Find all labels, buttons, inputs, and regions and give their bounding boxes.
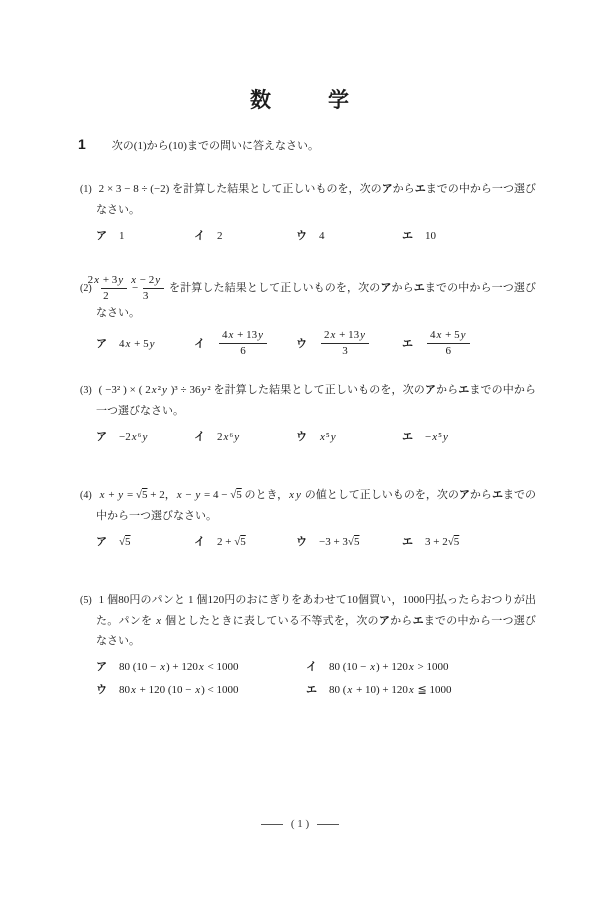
option-letter: ア bbox=[96, 334, 107, 354]
option-value: 1 bbox=[119, 226, 125, 246]
option: エ80 (x + 10) + 120x ≦ 1000 bbox=[306, 680, 536, 700]
fraction: 4x + 5y6 bbox=[427, 329, 470, 358]
option: ウ−3 + 3√5 bbox=[296, 532, 402, 552]
question: (4)x + y = √5 + 2，x − y = 4 − √5 のとき，xy … bbox=[80, 485, 536, 552]
question-body: (1)2 × 3 − 8 ÷ (−2) を計算した結果として正しいものを，次のア… bbox=[80, 179, 536, 220]
option-value: 80 (10 − x) + 120x < 1000 bbox=[119, 657, 239, 677]
option-value: 2x + 13y3 bbox=[319, 329, 371, 358]
option-value: 80 (10 − x) + 120x > 1000 bbox=[329, 657, 449, 677]
question: (5)1 個80円のパンと 1 個120円のおにぎりをあわせて10個買い，100… bbox=[80, 590, 536, 700]
question-label: (1) bbox=[80, 184, 92, 195]
fraction-denominator: 6 bbox=[427, 343, 470, 358]
option-value: x⁵y bbox=[319, 427, 337, 447]
option: ア√5 bbox=[96, 532, 194, 552]
option-letter: イ bbox=[194, 334, 205, 354]
fraction-numerator: 4x + 13y bbox=[219, 329, 267, 343]
option-letter: エ bbox=[402, 226, 413, 246]
question-label: (5) bbox=[80, 595, 92, 606]
question-body: (4)x + y = √5 + 2，x − y = 4 − √5 のとき，xy … bbox=[80, 485, 536, 526]
option-letter: ウ bbox=[96, 680, 107, 700]
options-grid: ア√5イ2 + √5ウ−3 + 3√5エ3 + 2√5 bbox=[96, 532, 536, 552]
options-grid: ア1イ2ウ4エ10 bbox=[96, 226, 536, 246]
fraction-numerator: x − 2y bbox=[143, 274, 164, 288]
option: イ2x⁶y bbox=[194, 427, 296, 447]
option-value: 4x + 13y6 bbox=[217, 329, 269, 358]
option: ウx⁵y bbox=[296, 427, 402, 447]
option: イ4x + 13y6 bbox=[194, 329, 296, 358]
option-letter: エ bbox=[306, 680, 317, 700]
options-grid: ア−2x⁶yイ2x⁶yウx⁵yエ−x⁵y bbox=[96, 427, 536, 447]
option: ア80 (10 − x) + 120x < 1000 bbox=[96, 657, 306, 677]
question-body: (3)( −3² ) × ( 2x²y )³ ÷ 36y² を計算した結果として… bbox=[80, 380, 536, 421]
option-value: 10 bbox=[425, 226, 436, 246]
option-letter: エ bbox=[402, 427, 413, 447]
option-letter: ア bbox=[96, 427, 107, 447]
option-value: 4 bbox=[319, 226, 325, 246]
option-value: −3 + 3√5 bbox=[319, 532, 359, 552]
option-letter: イ bbox=[306, 657, 317, 677]
title-char-right: 学 bbox=[328, 84, 350, 114]
option-value: −2x⁶y bbox=[119, 427, 148, 447]
question: (1)2 × 3 − 8 ÷ (−2) を計算した結果として正しいものを，次のア… bbox=[80, 179, 536, 246]
option-value: −x⁵y bbox=[425, 427, 449, 447]
option-letter: ウ bbox=[296, 427, 307, 447]
exam-page: 数学 1 次の(1)から(10)までの問いに答えなさい。 (1)2 × 3 − … bbox=[0, 0, 600, 900]
option-value: 3 + 2√5 bbox=[425, 532, 459, 552]
option-letter: ア bbox=[96, 657, 107, 677]
option-value: 4x + 5y bbox=[119, 334, 156, 354]
option: ア4x + 5y bbox=[96, 329, 194, 358]
option-letter: ア bbox=[96, 226, 107, 246]
fraction-numerator: 2x + 3y bbox=[101, 274, 128, 288]
option-letter: ウ bbox=[296, 226, 307, 246]
question-body: (5)1 個80円のパンと 1 個120円のおにぎりをあわせて10個買い，100… bbox=[80, 590, 536, 651]
fraction: x − 2y3 bbox=[143, 274, 164, 303]
page-number: ( 1 ) bbox=[291, 818, 309, 830]
options-grid: ア80 (10 − x) + 120x < 1000イ80 (10 − x) +… bbox=[96, 657, 536, 700]
option-value: 2 bbox=[217, 226, 223, 246]
option: イ80 (10 − x) + 120x > 1000 bbox=[306, 657, 536, 677]
question-text: x + y = √5 + 2，x − y = 4 − √5 のとき，xy の値と… bbox=[96, 489, 536, 522]
fraction-numerator: 2x + 13y bbox=[321, 329, 369, 343]
option-letter: ウ bbox=[296, 334, 307, 354]
option: エ3 + 2√5 bbox=[402, 532, 536, 552]
option: ウ2x + 13y3 bbox=[296, 329, 402, 358]
option: ウ80x + 120 (10 − x) < 1000 bbox=[96, 680, 306, 700]
option-value: √5 bbox=[119, 532, 131, 552]
footer-dash-right bbox=[317, 824, 339, 825]
option: ウ4 bbox=[296, 226, 402, 246]
option-value: 4x + 5y6 bbox=[425, 329, 472, 358]
question-list: (1)2 × 3 − 8 ÷ (−2) を計算した結果として正しいものを，次のア… bbox=[80, 179, 536, 700]
fraction-denominator: 2 bbox=[101, 288, 128, 303]
question-text: 1 個80円のパンと 1 個120円のおにぎりをあわせて10個買い，1000円払… bbox=[96, 594, 536, 647]
title-char-left: 数 bbox=[250, 84, 272, 114]
fraction: 2x + 13y3 bbox=[321, 329, 369, 358]
option-letter: エ bbox=[402, 532, 413, 552]
page-title: 数学 bbox=[0, 84, 600, 114]
section-number: 1 bbox=[78, 136, 86, 152]
option-letter: ウ bbox=[296, 532, 307, 552]
option: イ2 + √5 bbox=[194, 532, 296, 552]
option-value: 80 (x + 10) + 120x ≦ 1000 bbox=[329, 680, 452, 700]
section-header: 1 次の(1)から(10)までの問いに答えなさい。 bbox=[78, 136, 600, 153]
question-body: (2)2x + 3y2 − x − 2y3 を計算した結果として正しいものを，次… bbox=[80, 274, 536, 323]
question-label: (4) bbox=[80, 490, 92, 501]
option-letter: ア bbox=[96, 532, 107, 552]
question-text: 2x + 3y2 − x − 2y3 を計算した結果として正しいものを，次のアか… bbox=[96, 282, 536, 319]
question: (2)2x + 3y2 − x − 2y3 を計算した結果として正しいものを，次… bbox=[80, 274, 536, 358]
question-label: (3) bbox=[80, 385, 92, 396]
fraction-numerator: 4x + 5y bbox=[427, 329, 470, 343]
question-text: 2 × 3 − 8 ÷ (−2) を計算した結果として正しいものを，次のアからエ… bbox=[96, 183, 536, 216]
fraction: 2x + 3y2 bbox=[101, 274, 128, 303]
page-footer: ( 1 ) bbox=[0, 818, 600, 830]
option: ア1 bbox=[96, 226, 194, 246]
footer-dash-left bbox=[261, 824, 283, 825]
options-grid: ア4x + 5yイ4x + 13y6ウ2x + 13y3エ4x + 5y6 bbox=[96, 329, 536, 358]
option: エ4x + 5y6 bbox=[402, 329, 536, 358]
option: エ10 bbox=[402, 226, 536, 246]
option-letter: エ bbox=[402, 334, 413, 354]
fraction-denominator: 6 bbox=[219, 343, 267, 358]
option-letter: イ bbox=[194, 427, 205, 447]
option: ア−2x⁶y bbox=[96, 427, 194, 447]
option-letter: イ bbox=[194, 226, 205, 246]
section-intro: 次の(1)から(10)までの問いに答えなさい。 bbox=[112, 137, 319, 153]
option-value: 2 + √5 bbox=[217, 532, 246, 552]
question: (3)( −3² ) × ( 2x²y )³ ÷ 36y² を計算した結果として… bbox=[80, 380, 536, 447]
fraction-denominator: 3 bbox=[143, 288, 164, 303]
option-value: 80x + 120 (10 − x) < 1000 bbox=[119, 680, 238, 700]
fraction-denominator: 3 bbox=[321, 343, 369, 358]
question-text: ( −3² ) × ( 2x²y )³ ÷ 36y² を計算した結果として正しい… bbox=[96, 384, 536, 417]
fraction: 4x + 13y6 bbox=[219, 329, 267, 358]
option: イ2 bbox=[194, 226, 296, 246]
option-letter: イ bbox=[194, 532, 205, 552]
option: エ−x⁵y bbox=[402, 427, 536, 447]
option-value: 2x⁶y bbox=[217, 427, 240, 447]
